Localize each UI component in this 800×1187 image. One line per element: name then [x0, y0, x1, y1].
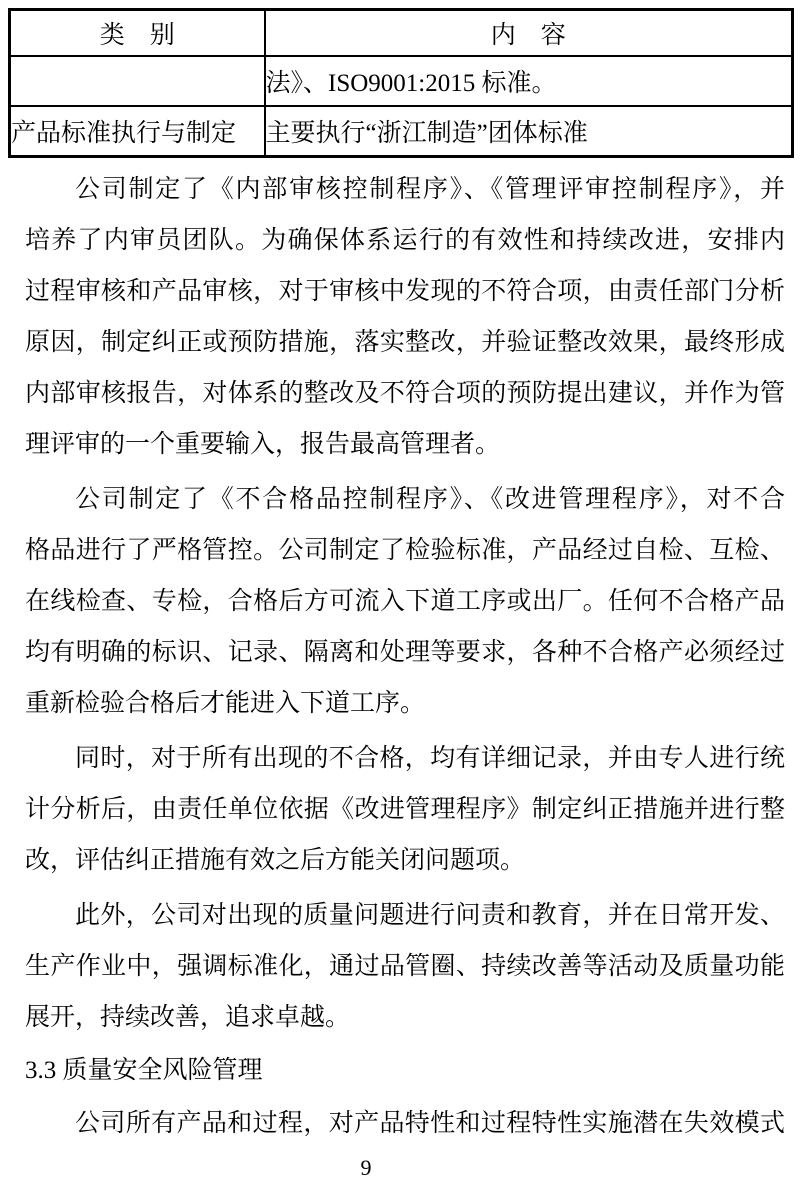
cell-content: 主要执行“浙江制造”团体标准: [265, 106, 793, 157]
table-row: 产品标准执行与制定 主要执行“浙江制造”团体标准: [10, 106, 793, 157]
paragraph: 此外，公司对出现的质量问题进行问责和教育，并在日常开发、 生产作业中，强调标准化…: [25, 890, 785, 1043]
paragraph-line: 格品进行了严格管控。公司制定了检验标准，产品经过自检、互检、: [25, 525, 785, 576]
paragraph-line: 同时，对于所有出现的不合格，均有详细记录，并由专人进行统: [25, 733, 785, 784]
paragraph-line: 内部审核报告，对体系的整改及不符合项的预防提出建议，并作为管: [25, 368, 785, 419]
cell-category: 产品标准执行与制定: [10, 106, 265, 157]
header-cell-content: 内 容: [265, 10, 793, 57]
paragraph-line: 计分析后，由责任单位依据《改进管理程序》制定纠正措施并进行整: [25, 784, 785, 835]
cell-category: [10, 56, 265, 106]
paragraph-line: 过程审核和产品审核，对于审核中发现的不符合项，由责任部门分析: [25, 266, 785, 317]
cell-content: 法》、ISO9001:2015 标准。: [265, 56, 793, 106]
paragraph-line: 展开，持续改善，追求卓越。: [25, 992, 785, 1043]
table-row: 法》、ISO9001:2015 标准。: [10, 56, 793, 106]
document-page: 类 别 内 容 法》、ISO9001:2015 标准。 产品标准执行与制定 主要…: [0, 8, 800, 1187]
paragraph-line: 公司制定了《不合格品控制程序》、《改进管理程序》，对不合: [25, 474, 785, 525]
paragraph: 公司制定了《内部审核控制程序》、《管理评审控制程序》，并 培养了内审员团队。为确…: [25, 164, 785, 470]
paragraph-line: 生产作业中，强调标准化，通过品管圈、持续改善等活动及质量功能: [25, 941, 785, 992]
table-header-row: 类 别 内 容: [10, 10, 793, 57]
body-text: 公司制定了《内部审核控制程序》、《管理评审控制程序》，并 培养了内审员团队。为确…: [0, 164, 800, 1149]
page: { "table": { "headers": ["类 别", "内 容"], …: [0, 0, 800, 1187]
paragraph-line: 此外，公司对出现的质量问题进行问责和教育，并在日常开发、: [25, 890, 785, 941]
paragraph-line: 理评审的一个重要输入，报告最高管理者。: [25, 419, 785, 470]
paragraph-line: 原因，制定纠正或预防措施，落实整改，并验证整改效果，最终形成: [25, 317, 785, 368]
page-footer: 9: [0, 1153, 766, 1183]
paragraph-line: 在线检查、专检，合格后方可流入下道工序或出厂。任何不合格产品: [25, 576, 785, 627]
header-cell-category: 类 别: [10, 10, 265, 57]
paragraph: 同时，对于所有出现的不合格，均有详细记录，并由专人进行统 计分析后，由责任单位依…: [25, 733, 785, 886]
category-table: 类 别 内 容 法》、ISO9001:2015 标准。 产品标准执行与制定 主要…: [8, 8, 794, 158]
paragraph-line: 均有明确的标识、记录、隔离和处理等要求，各种不合格产必须经过: [25, 627, 785, 678]
page-number: 9: [361, 1155, 372, 1180]
paragraph-line: 培养了内审员团队。为确保体系运行的有效性和持续改进，安排内审、: [25, 215, 785, 266]
section-heading: 3.3 质量安全风险管理: [25, 1047, 785, 1094]
paragraph-line: 改，评估纠正措施有效之后方能关闭问题项。: [25, 835, 785, 886]
paragraph-line: 公司制定了《内部审核控制程序》、《管理评审控制程序》，并: [25, 164, 785, 215]
paragraph-line: 重新检验合格后才能进入下道工序。: [25, 678, 785, 729]
paragraph: 公司所有产品和过程，对产品特性和过程特性实施潜在失效模式: [25, 1098, 785, 1149]
paragraph-line: 公司所有产品和过程，对产品特性和过程特性实施潜在失效模式: [25, 1098, 785, 1149]
paragraph: 公司制定了《不合格品控制程序》、《改进管理程序》，对不合 格品进行了严格管控。公…: [25, 474, 785, 729]
